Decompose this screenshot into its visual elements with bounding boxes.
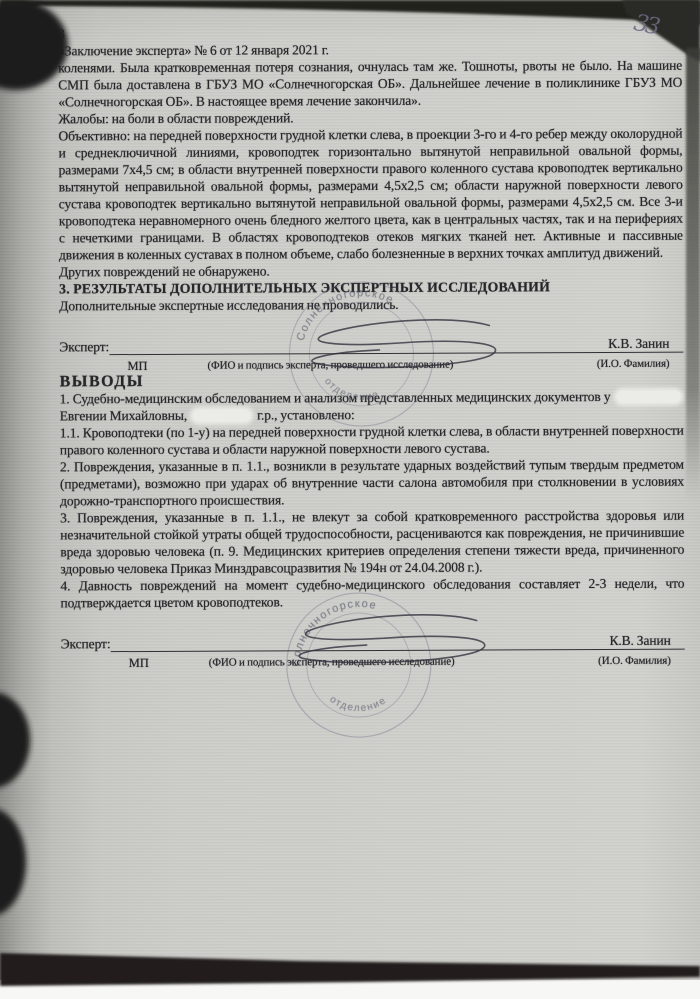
conclusion-1-prefix: 1. Судебно-медицинским обследованием и а… (60, 389, 611, 406)
conclusion-item-1: 1. Судебно-медицинским обследованием и а… (60, 388, 684, 425)
signature-caption: (ФИО и подпись эксперта, проведшего иссл… (207, 358, 453, 373)
scanned-document-page: 33 3 «Заключение эксперта» № 6 от 12 янв… (0, 0, 700, 999)
redaction-smudge (193, 410, 251, 422)
expert-name: К.В. Занин (608, 335, 673, 352)
signature-row: Эксперт: К.В. Занин (59, 335, 683, 356)
name-caption: (И.О. Фамилия) (597, 357, 670, 371)
expert-signature-block-2: Солнечногорское отделение Эксперт: К.В. … (61, 632, 685, 671)
expert-signature-block-1: Солнечногорское отделение Эксперт: К.В. … (59, 335, 683, 374)
seal-place-abbr: МП (129, 656, 149, 670)
section-3-body: Дополнительные экспертные исследования н… (59, 295, 683, 315)
seal-place-abbr: МП (127, 359, 147, 373)
conclusion-item-4: 4. Давность повреждений на момент судебн… (60, 575, 684, 612)
document-content: 3 «Заключение эксперта» № 6 от 12 января… (58, 23, 685, 671)
conclusion-item-2: 2. Повреждения, указанные в п. 1.1., воз… (60, 456, 684, 510)
signature-line: К.В. Занин (109, 335, 683, 356)
signature-captions: МП (ФИО и подпись эксперта, проведшего и… (59, 357, 683, 374)
paragraph-history: коленями. Была кратковременная потеря со… (58, 57, 682, 111)
name-caption: (И.О. Фамилия) (598, 654, 671, 668)
signature-captions: МП (ФИО и подпись эксперта, проведшего и… (61, 654, 685, 671)
expert-name: К.В. Занин (609, 632, 674, 649)
signature-line: К.В. Занин (110, 632, 684, 653)
redaction-smudge (617, 391, 681, 403)
conclusion-1-middle: Евгении Михайловны, (60, 408, 187, 424)
expert-label: Эксперт: (61, 635, 111, 652)
conclusion-item-1-1: 1.1. Кровоподтеки (по 1-у) на передней п… (60, 422, 684, 459)
paragraph-objective: Объективно: на передней поверхности груд… (58, 125, 683, 264)
conclusion-1-suffix: г.р., установлено: (257, 407, 355, 422)
signature-caption: (ФИО и подпись эксперта, проведшего иссл… (209, 655, 455, 670)
conclusion-item-3: 3. Повреждения, указанные в п. 1.1., не … (60, 507, 684, 578)
signature-row: Эксперт: К.В. Занин (61, 632, 685, 653)
expert-label: Эксперт: (59, 338, 109, 355)
